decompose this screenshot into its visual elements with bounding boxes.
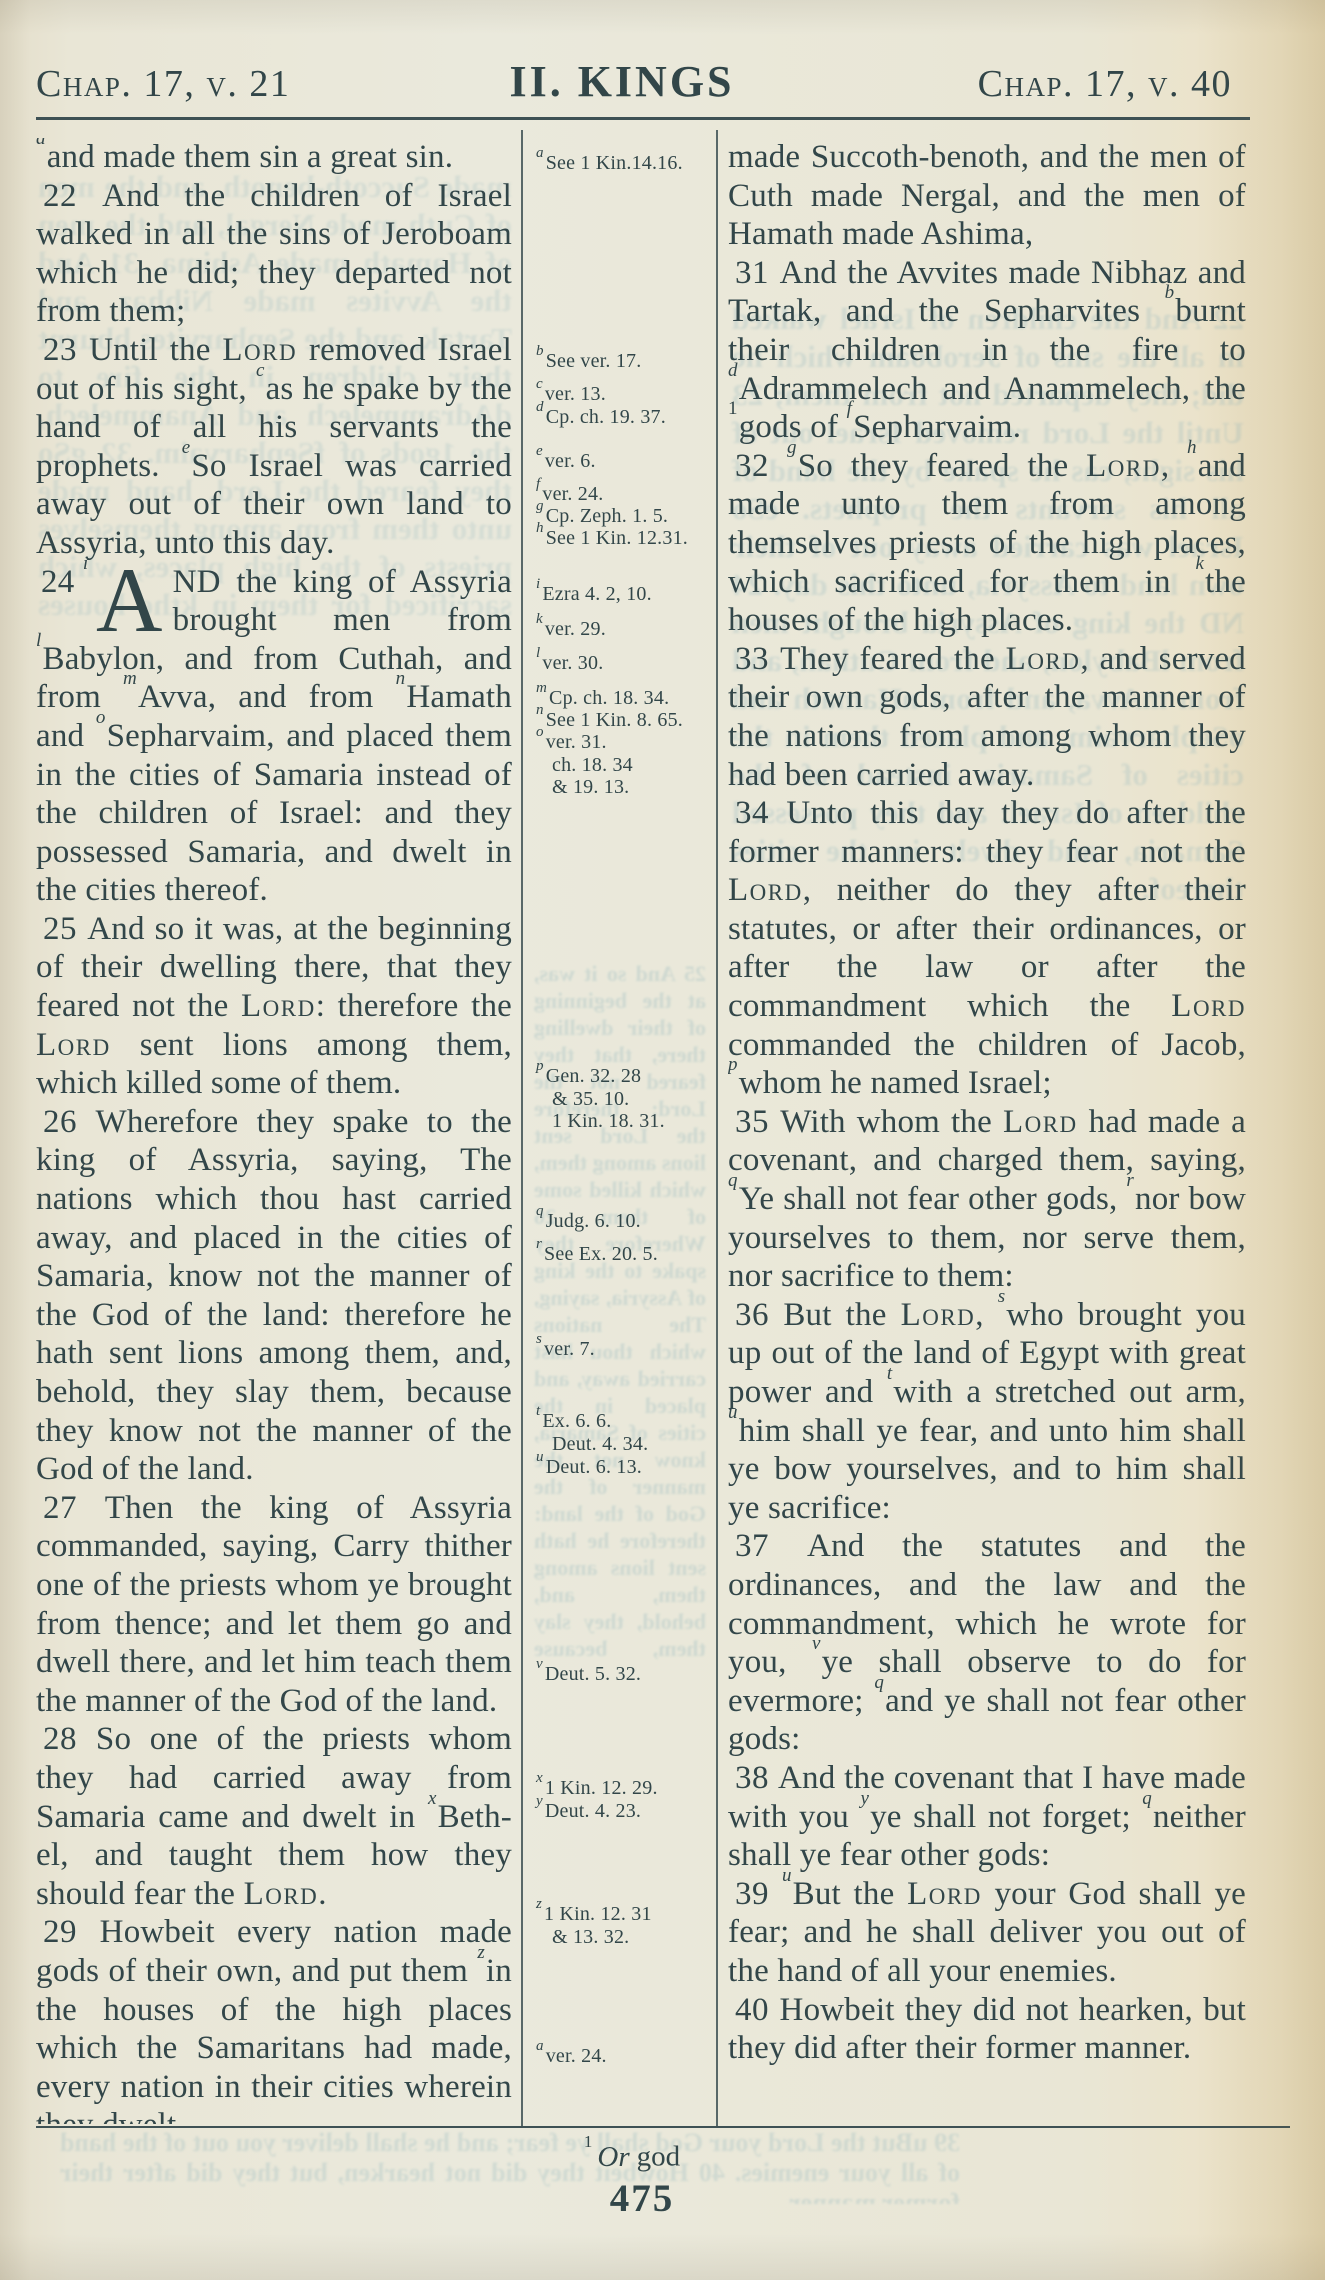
- cross-reference-line: & 13. 32.: [536, 1926, 706, 1949]
- cross-reference-line: yDeut. 4. 23.: [536, 1800, 706, 1823]
- reference-marker: r: [1126, 1170, 1134, 1191]
- reference-marker: k: [1195, 553, 1204, 574]
- cross-reference: uDeut. 6. 13.: [536, 1456, 706, 1479]
- cross-reference: aver. 24.: [536, 2045, 706, 2068]
- verse-paragraph: 31 And the Avvites made Nibhaz and Tarta…: [728, 254, 1246, 447]
- cross-reference-marker: a: [536, 145, 544, 161]
- cross-reference-marker: f: [536, 476, 540, 492]
- reference-marker: d: [728, 360, 738, 381]
- cross-reference-marker: o: [536, 724, 544, 740]
- footnote-marker-inline: 1: [728, 398, 738, 419]
- cross-reference-line: ch. 18. 34: [536, 754, 706, 777]
- cross-reference-line: aver. 24.: [536, 2045, 706, 2068]
- cross-reference: dCp. ch. 19. 37.: [536, 406, 706, 429]
- reference-marker: p: [728, 1054, 738, 1075]
- cross-reference-line: gCp. Zeph. 1. 5.: [536, 505, 706, 528]
- verse-number: 40: [735, 1992, 780, 2028]
- cross-reference-line: bSee ver. 17.: [536, 350, 706, 373]
- verse-paragraph: 33 They feared the Lord, and served thei…: [728, 640, 1246, 794]
- lord-small-caps: Lord: [728, 872, 803, 908]
- cross-reference-line: sver. 7.: [536, 1338, 706, 1361]
- column-divider-right: [716, 130, 718, 2126]
- lord-small-caps: Lord: [36, 1027, 111, 1063]
- reference-marker: u: [728, 1402, 738, 1423]
- lord-small-caps: Lord: [1003, 1104, 1078, 1140]
- reference-marker: x: [428, 1788, 437, 1809]
- verse-paragraph: 34 Unto this day they do after the forme…: [728, 794, 1246, 1103]
- cross-reference-line: pGen. 32. 28: [536, 1065, 706, 1088]
- lord-small-caps: Lord: [1086, 448, 1161, 484]
- cross-reference-marker: x: [536, 1770, 543, 1786]
- reference-marker: q: [874, 1672, 884, 1693]
- reference-marker: l: [36, 630, 41, 651]
- lord-small-caps: Lord: [241, 988, 316, 1024]
- reference-marker: t: [887, 1363, 892, 1384]
- cross-reference-line: x1 Kin. 12. 29.: [536, 1777, 706, 1800]
- cross-reference-marker: b: [536, 343, 544, 359]
- cross-reference-line: aSee 1 Kin.14.16.: [536, 152, 706, 175]
- reference-marker: a: [36, 138, 46, 149]
- cross-reference: lver. 30.: [536, 652, 706, 675]
- reference-marker: b: [1165, 282, 1175, 303]
- reference-marker: f: [847, 398, 852, 419]
- cross-reference-marker: i: [536, 576, 540, 592]
- cross-reference-marker: a: [536, 2038, 544, 2054]
- cross-reference-line: kver. 29.: [536, 618, 706, 641]
- reference-marker: c: [256, 360, 265, 381]
- cross-reference-line: rSee Ex. 20. 5.: [536, 1243, 706, 1266]
- cross-reference-line: & 35. 10.: [536, 1088, 706, 1111]
- cross-reference-marker: m: [536, 680, 547, 696]
- verse-number: 39: [735, 1876, 782, 1912]
- cross-reference: mCp. ch. 18. 34.: [536, 687, 706, 710]
- verse-number: 32: [735, 448, 787, 484]
- cross-reference-marker: u: [536, 1449, 544, 1465]
- verse-number: 37: [735, 1528, 807, 1564]
- cross-reference-marker: h: [536, 520, 544, 536]
- verse-paragraph: 25 And so it was, at the beginning of th…: [36, 910, 512, 1103]
- cross-reference: gCp. Zeph. 1. 5.: [536, 505, 706, 528]
- column-divider-left: [521, 130, 523, 2126]
- reference-marker: o: [96, 707, 106, 728]
- cross-reference-line: dCp. ch. 19. 37.: [536, 406, 706, 429]
- cross-reference: cver. 13.: [536, 383, 706, 406]
- cross-reference-line: uDeut. 6. 13.: [536, 1456, 706, 1479]
- footnote-text: god: [637, 2141, 681, 2173]
- cross-reference-marker: y: [536, 1793, 543, 1809]
- verse-paragraph: 39 uBut the Lord your God shall ye fear;…: [728, 1875, 1246, 1991]
- verse-number: 35: [735, 1104, 780, 1140]
- verse-number: 31: [735, 255, 780, 291]
- verse-number: 38: [735, 1760, 778, 1796]
- cross-reference-line: nSee 1 Kin. 8. 65.: [536, 709, 706, 732]
- cross-reference: qJudg. 6. 10.: [536, 1210, 706, 1233]
- cross-reference-marker: z: [536, 1896, 542, 1912]
- header-rule: [36, 117, 1250, 120]
- cross-reference-marker: l: [536, 645, 540, 661]
- cross-reference-line: 1 Kin. 18. 31.: [536, 1110, 706, 1133]
- header-chapter-verse-right: Chap. 17, v. 40: [978, 62, 1232, 106]
- footnote-rule: [36, 2126, 1290, 2128]
- verse-paragraph: 35 With whom the Lord had made a covenan…: [728, 1103, 1246, 1296]
- cross-reference: x1 Kin. 12. 29.: [536, 1777, 706, 1800]
- cross-reference: tEx. 6. 6.Deut. 4. 34.: [536, 1410, 706, 1455]
- verse-number: 34: [735, 795, 786, 831]
- cross-reference-marker: r: [536, 1236, 542, 1252]
- cross-reference-line: over. 31.: [536, 731, 706, 754]
- cross-reference: sver. 7.: [536, 1338, 706, 1361]
- verse-paragraph: aand made them sin a great sin.: [36, 138, 512, 177]
- cross-reference-marker: s: [536, 1331, 542, 1347]
- scanned-bible-page: 25 And so it was, at the beginning of th…: [0, 0, 1325, 2280]
- cross-reference: nSee 1 Kin. 8. 65.: [536, 709, 706, 732]
- lord-small-caps: Lord: [907, 1876, 982, 1912]
- cross-reference-line: z1 Kin. 12. 31: [536, 1903, 706, 1926]
- verse-paragraph: made Succoth-benoth, and the men of Cuth…: [728, 138, 1246, 254]
- cross-reference: kver. 29.: [536, 618, 706, 641]
- cross-reference: z1 Kin. 12. 31& 13. 32.: [536, 1903, 706, 1948]
- cross-reference: hSee 1 Kin. 12.31.: [536, 527, 706, 550]
- cross-reference: vDeut. 5. 32.: [536, 1663, 706, 1686]
- verse-paragraph: 26 Wherefore they spake to the king of A…: [36, 1103, 512, 1489]
- verse-number: 22: [43, 178, 102, 214]
- drop-cap: A: [96, 566, 163, 638]
- reference-marker: e: [182, 437, 191, 458]
- cross-reference-line: & 19. 13.: [536, 776, 706, 799]
- verse-number: 27: [43, 1490, 105, 1526]
- cross-reference: over. 31.ch. 18. 34& 19. 13.: [536, 731, 706, 799]
- lord-small-caps: Lord: [244, 1876, 319, 1912]
- lord-small-caps: Lord: [901, 1297, 976, 1333]
- verse-paragraph: 37 And the statutes and the ordinances, …: [728, 1527, 1246, 1759]
- reference-marker: i: [83, 553, 88, 574]
- lord-small-caps: Lord: [1171, 988, 1246, 1024]
- verse-paragraph: 40 Howbeit they did not hearken, but the…: [728, 1991, 1246, 2068]
- verse-paragraph: A24 iND the king of Assyria brought men …: [36, 563, 512, 910]
- cross-reference-line: lver. 30.: [536, 652, 706, 675]
- cross-reference-line: fver. 24.: [536, 483, 706, 506]
- cross-reference: rSee Ex. 20. 5.: [536, 1243, 706, 1266]
- footnote-marker: 1: [584, 2132, 593, 2151]
- right-text-column: made Succoth-benoth, and the men of Cuth…: [728, 138, 1246, 2124]
- reference-marker: n: [396, 668, 406, 689]
- left-text-column: aand made them sin a great sin.22 And th…: [36, 138, 512, 2124]
- cross-reference: pGen. 32. 28& 35. 10.1 Kin. 18. 31.: [536, 1065, 706, 1133]
- verse-number: 25: [43, 911, 87, 947]
- footnote: 1Orgod: [0, 2140, 1264, 2174]
- cross-reference: aSee 1 Kin.14.16.: [536, 152, 706, 175]
- cross-reference-line: iEzra 4. 2, 10.: [536, 583, 706, 606]
- cross-reference-marker: k: [536, 611, 543, 627]
- verse-number: 26: [43, 1104, 96, 1140]
- cross-reference-line: cver. 13.: [536, 383, 706, 406]
- verse-number: 29: [43, 1914, 100, 1950]
- verse-number: 28: [43, 1721, 96, 1757]
- reference-marker: s: [998, 1286, 1006, 1307]
- reference-marker: m: [123, 668, 137, 689]
- cross-reference-line: hSee 1 Kin. 12.31.: [536, 527, 706, 550]
- cross-reference-line: tEx. 6. 6.: [536, 1410, 706, 1433]
- reference-marker: h: [1187, 437, 1197, 458]
- cross-reference: yDeut. 4. 23.: [536, 1800, 706, 1823]
- cross-reference: iEzra 4. 2, 10.: [536, 583, 706, 606]
- cross-reference-line: ever. 6.: [536, 450, 706, 473]
- verse-number: 24 i: [41, 563, 89, 602]
- cross-reference: bSee ver. 17.: [536, 350, 706, 373]
- verse-paragraph: 32 gSo they feared the Lord, hand made u…: [728, 447, 1246, 640]
- verse-paragraph: 29 Howbeit every nation made gods of the…: [36, 1913, 512, 2124]
- verse-paragraph: 22 And the children of Israel walked in …: [36, 177, 512, 331]
- cross-reference-marker: e: [536, 443, 543, 459]
- lord-small-caps: Lord: [1006, 641, 1081, 677]
- verse-paragraph: 36 But the Lord, swho brought you up out…: [728, 1296, 1246, 1528]
- verse-number: 23: [43, 332, 89, 368]
- cross-reference-marker: q: [536, 1203, 544, 1219]
- page-number: 475: [0, 2176, 1284, 2221]
- reference-marker: g: [787, 437, 797, 458]
- reference-marker: u: [782, 1865, 792, 1886]
- cross-reference-marker: t: [536, 1403, 540, 1419]
- cross-reference-marker: n: [536, 702, 544, 718]
- cross-reference-marker: d: [536, 399, 544, 415]
- cross-reference-line: qJudg. 6. 10.: [536, 1210, 706, 1233]
- reference-marker: q: [728, 1170, 738, 1191]
- cross-reference-column: aSee 1 Kin.14.16.bSee ver. 17.cver. 13.d…: [532, 138, 708, 2124]
- verse-number: 33: [735, 641, 780, 677]
- reference-marker: z: [477, 1942, 485, 1963]
- cross-reference-marker: p: [536, 1058, 544, 1074]
- reference-marker: y: [860, 1788, 869, 1809]
- cross-reference-line: Deut. 4. 34.: [536, 1433, 706, 1456]
- verse-paragraph: 38 And the covenant that I have made wit…: [728, 1759, 1246, 1875]
- cross-reference-marker: g: [536, 498, 544, 514]
- cross-reference-line: mCp. ch. 18. 34.: [536, 687, 706, 710]
- cross-reference: ever. 6.: [536, 450, 706, 473]
- cross-reference: fver. 24.: [536, 483, 706, 506]
- cross-reference-marker: v: [536, 1656, 543, 1672]
- reference-marker: v: [812, 1633, 821, 1654]
- verse-paragraph: 28 So one of the priests whom they had c…: [36, 1720, 512, 1913]
- reference-marker: q: [1142, 1788, 1152, 1809]
- verse-paragraph: 23 Until the Lord removed Israel out of …: [36, 331, 512, 563]
- cross-reference-line: vDeut. 5. 32.: [536, 1663, 706, 1686]
- verse-paragraph: 27 Then the king of Assyria commanded, s…: [36, 1489, 512, 1721]
- footnote-or-label: Or: [597, 2141, 629, 2173]
- verse-number: 36: [735, 1297, 783, 1333]
- cross-reference-marker: c: [536, 376, 543, 392]
